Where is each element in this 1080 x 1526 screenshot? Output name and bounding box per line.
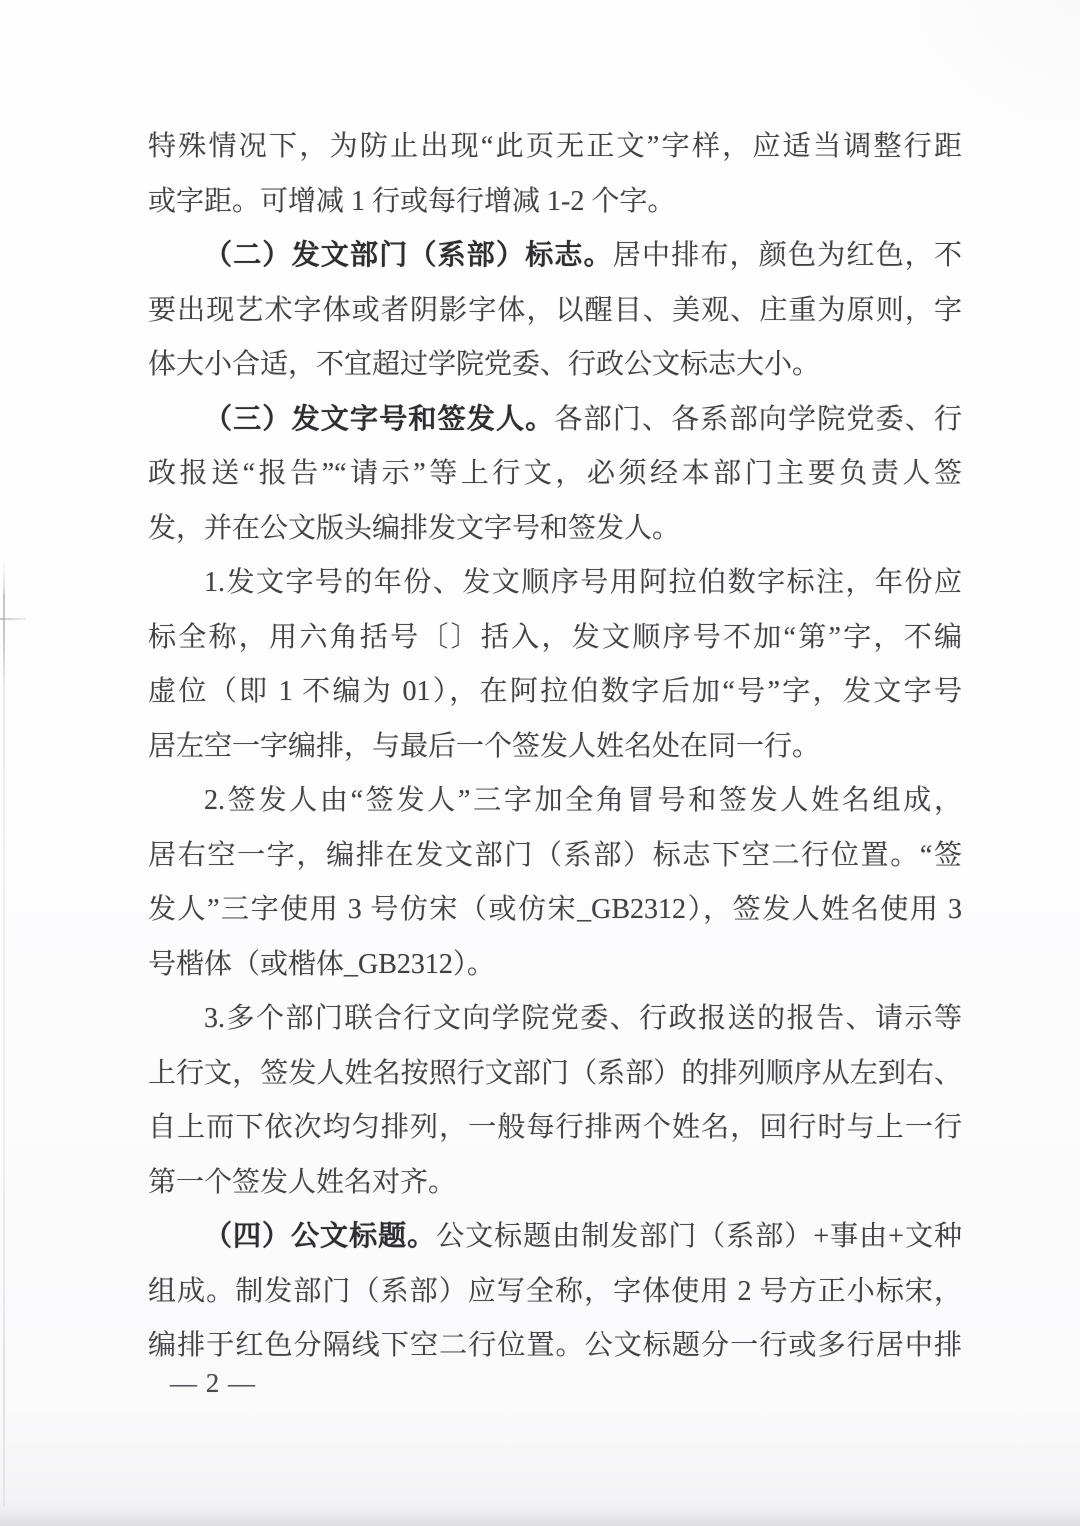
- text-run: 编排于红色分隔线下空二行位置。公文标题分一行或多行居中排: [148, 1330, 962, 1361]
- scan-crease-vertical: [3, 558, 5, 1506]
- text-run: 自上而下依次均匀排列，一般每行排两个姓名，回行时与上一行: [148, 1112, 962, 1143]
- text-run: 各部门、各系部向学院党委、行: [554, 404, 962, 435]
- text-line: 3.多个部门联合行文向学院党委、行政报送的报告、请示等: [148, 992, 962, 1047]
- text-line: 自上而下依次均匀排列，一般每行排两个姓名，回行时与上一行: [148, 1101, 962, 1156]
- text-run: 上行文，签发人姓名按照行文部门（系部）的排列顺序从左到右、: [148, 1058, 962, 1089]
- heading-run: （四）公文标题。: [204, 1221, 436, 1252]
- text-run: 发，并在公文版头编排发文字号和签发人。: [148, 513, 680, 544]
- page-number: — 2 —: [170, 1368, 256, 1398]
- text-run: 1.发文字号的年份、发文顺序号用阿拉伯数字标注，年份应: [204, 567, 962, 598]
- text-run: 虚位（即 1 不编为 01），在阿拉伯数字后加“号”字，发文字号: [148, 676, 962, 707]
- text-run: 2.签发人由“签发人”三字加全角冒号和签发人姓名组成，: [204, 785, 962, 816]
- text-line: 2.签发人由“签发人”三字加全角冒号和签发人姓名组成，: [148, 774, 962, 829]
- heading-run: （三）发文字号和签发人。: [204, 404, 554, 435]
- text-line: 编排于红色分隔线下空二行位置。公文标题分一行或多行居中排: [148, 1319, 962, 1374]
- text-run: 标全称，用六角括号〔〕括入，发文顺序号不加“第”字，不编: [148, 622, 962, 653]
- text-run: 或字距。可增减 1 行或每行增减 1-2 个字。: [148, 186, 675, 217]
- text-line: 标全称，用六角括号〔〕括入，发文顺序号不加“第”字，不编: [148, 611, 962, 666]
- text-line: 第一个签发人姓名对齐。: [148, 1156, 962, 1211]
- text-line: 1.发文字号的年份、发文顺序号用阿拉伯数字标注，年份应: [148, 556, 962, 611]
- text-line: （三）发文字号和签发人。各部门、各系部向学院党委、行: [148, 393, 962, 448]
- text-run: 组成。制发部门（系部）应写全称，字体使用 2 号方正小标宋，: [148, 1276, 962, 1307]
- text-run: 体大小合适，不宜超过学院党委、行政公文标志大小。: [148, 349, 820, 380]
- text-line: 上行文，签发人姓名按照行文部门（系部）的排列顺序从左到右、: [148, 1047, 962, 1102]
- text-line: 发，并在公文版头编排发文字号和签发人。: [148, 502, 962, 557]
- text-run: 要出现艺术字体或者阴影字体，以醒目、美观、庄重为原则，字: [148, 295, 962, 326]
- text-line: 居左空一字编排，与最后一个签发人姓名处在同一行。: [148, 720, 962, 775]
- text-run: 号楷体（或楷体_GB2312）。: [148, 949, 495, 980]
- text-line: 居右空一字，编排在发文部门（系部）标志下空二行位置。“签: [148, 829, 962, 884]
- text-line: （二）发文部门（系部）标志。居中排布，颜色为红色，不: [148, 229, 962, 284]
- text-run: 发人”三字使用 3 号仿宋（或仿宋_GB2312），签发人姓名使用 3: [148, 894, 962, 925]
- document-page: 特殊情况下，为防止出现“此页无正文”字样，应适当调整行距或字距。可增减 1 行或…: [0, 0, 1080, 1526]
- text-run: 公文标题由制发部门（系部）+事由+文种: [436, 1221, 962, 1252]
- heading-run: （二）发文部门（系部）标志。: [204, 240, 613, 271]
- text-line: 政报送“报告”“请示”等上行文，必须经本部门主要负责人签: [148, 447, 962, 502]
- text-line: 组成。制发部门（系部）应写全称，字体使用 2 号方正小标宋，: [148, 1265, 962, 1320]
- text-line: 号楷体（或楷体_GB2312）。: [148, 938, 962, 993]
- text-line: 要出现艺术字体或者阴影字体，以醒目、美观、庄重为原则，字: [148, 284, 962, 339]
- text-line: 特殊情况下，为防止出现“此页无正文”字样，应适当调整行距: [148, 120, 962, 175]
- text-line: 或字距。可增减 1 行或每行增减 1-2 个字。: [148, 175, 962, 230]
- document-lines: 特殊情况下，为防止出现“此页无正文”字样，应适当调整行距或字距。可增减 1 行或…: [148, 120, 962, 1374]
- scan-crease-horizontal: [0, 618, 26, 620]
- text-line: （四）公文标题。公文标题由制发部门（系部）+事由+文种: [148, 1210, 962, 1265]
- text-line: 虚位（即 1 不编为 01），在阿拉伯数字后加“号”字，发文字号: [148, 665, 962, 720]
- text-run: 特殊情况下，为防止出现“此页无正文”字样，应适当调整行距: [148, 131, 962, 162]
- text-run: 居左空一字编排，与最后一个签发人姓名处在同一行。: [148, 731, 820, 762]
- text-line: 体大小合适，不宜超过学院党委、行政公文标志大小。: [148, 338, 962, 393]
- text-run: 3.多个部门联合行文向学院党委、行政报送的报告、请示等: [204, 1003, 962, 1034]
- text-run: 政报送“报告”“请示”等上行文，必须经本部门主要负责人签: [148, 458, 962, 489]
- text-run: 第一个签发人姓名对齐。: [148, 1167, 456, 1198]
- text-run: 居中排布，颜色为红色，不: [613, 240, 962, 271]
- photo-shadow-bottom: [0, 1500, 1080, 1526]
- text-run: 居右空一字，编排在发文部门（系部）标志下空二行位置。“签: [148, 840, 962, 871]
- text-line: 发人”三字使用 3 号仿宋（或仿宋_GB2312），签发人姓名使用 3: [148, 883, 962, 938]
